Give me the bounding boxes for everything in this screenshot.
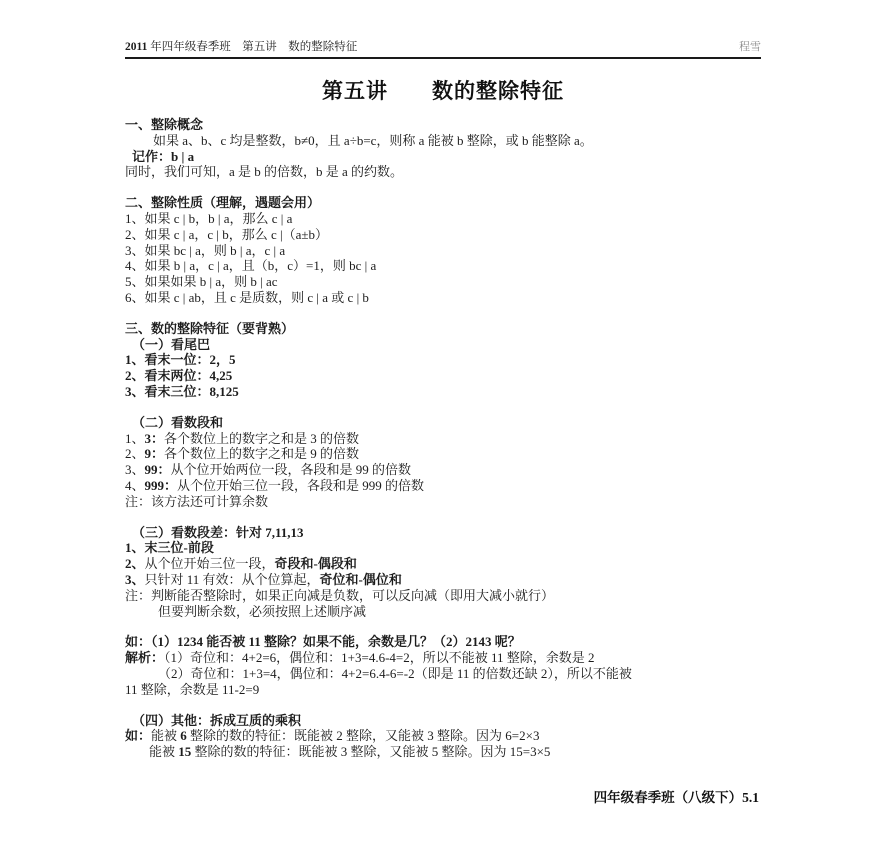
header-author-name: 程雪 <box>739 38 761 54</box>
text-line: （2）奇位和：1+3=4，偶位和：4+2=6.4-6=-2（即是 11 的倍数还… <box>125 666 761 682</box>
text-run: （1）奇位和：4+2=6，偶位和：1+3=4.6-4=2，所以不能被 11 整除… <box>164 650 595 665</box>
text-run: 1、 <box>125 431 145 446</box>
bold-text-run: 1、末三位-前段 <box>125 540 214 555</box>
text-run: 注：判断能否整除时，如果正向减是负数，可以反向减（即用大减小就行） <box>125 588 554 603</box>
document-page: 2011 年四年级春季班 第五讲 数的整除特征 程雪 第五讲 数的整除特征 一、… <box>0 0 870 842</box>
bold-text-run: （一）看尾巴 <box>132 337 210 352</box>
text-line: 2、9：各个数位上的数字之和是 9 的倍数 <box>125 446 761 462</box>
text-run: 3、如果 bc | a，则 b | a，c | a <box>125 243 285 258</box>
text-line: 二、整除性质（理解，遇题会用） <box>125 195 761 211</box>
text-run: 6、如果 c | ab，且 c 是质数，则 c | a 或 c | b <box>125 290 369 305</box>
text-line: 注：该方法还可计算余数 <box>125 494 761 510</box>
text-run: 从个位开始三位一段， <box>145 556 275 571</box>
section-divisibility-features-tails: 三、数的整除特征（要背熟）（一）看尾巴1、看末一位：2，52、看末两位：4,25… <box>125 321 761 400</box>
text-line: 4、999：从个位开始三位一段，各段和是 999 的倍数 <box>125 478 761 494</box>
text-line: 4、如果 b | a，c | a，且（b，c）=1，则 bc | a <box>125 258 761 274</box>
bold-text-run: 3、 <box>125 572 145 587</box>
text-line: 解析：（1）奇位和：4+2=6，偶位和：1+3=4.6-4=2，所以不能被 11… <box>125 650 761 666</box>
text-line: 11 整除，余数是 11-2=9 <box>125 682 761 698</box>
text-run: 整除的数的特征：既能被 2 整除，又能被 3 整除。因为 6=2×3 <box>187 728 540 743</box>
text-line: 1、末三位-前段 <box>125 540 761 556</box>
text-line: 2、如果 c | a，c | b，那么 c |（a±b） <box>125 227 761 243</box>
text-line: 3、99：从个位开始两位一段，各段和是 99 的倍数 <box>125 462 761 478</box>
bold-text-run: 15 <box>178 744 191 759</box>
text-run: 5、如果如果 b | a，则 b | ac <box>125 274 278 289</box>
text-line: 2、看末两位：4,25 <box>125 368 761 384</box>
text-line: （一）看尾巴 <box>125 337 761 353</box>
text-line: 注：判断能否整除时，如果正向减是负数，可以反向减（即用大减小就行） <box>125 588 761 604</box>
text-run: 但要判断余数，必须按照上述顺序减 <box>158 604 366 619</box>
example-1234-2143: 如：（1）1234 能否被 11 整除？如果不能，余数是几？（2）2143 呢？… <box>125 634 761 697</box>
text-line: 一、整除概念 <box>125 117 761 133</box>
text-run: 4、如果 b | a，c | a，且（b，c）=1，则 bc | a <box>125 258 376 273</box>
text-run: 整除的数的特征：既能被 3 整除，又能被 5 整除。因为 15=3×5 <box>191 744 550 759</box>
subsection-digit-segment-differences: （三）看数段差：针对 7,11,131、末三位-前段2、从个位开始三位一段，奇段… <box>125 525 761 620</box>
bold-text-run: 999： <box>145 478 178 493</box>
bold-text-run: 2、看末两位：4,25 <box>125 368 232 383</box>
text-line: 如果 a、b、c 均是整数，b≠0，且 a÷b=c，则称 a 能被 b 整除，或… <box>125 133 761 149</box>
page-header: 2011 年四年级春季班 第五讲 数的整除特征 程雪 <box>125 38 761 59</box>
text-line: 3、如果 bc | a，则 b | a，c | a <box>125 243 761 259</box>
bold-text-run: 99： <box>145 462 171 477</box>
text-run: 各个数位上的数字之和是 3 的倍数 <box>164 431 359 446</box>
bold-text-run: 3、看末三位：8,125 <box>125 384 239 399</box>
text-run: 4、 <box>125 478 145 493</box>
text-line: （二）看数段和 <box>125 415 761 431</box>
text-line: 同时，我们可知，a 是 b 的倍数，b 是 a 的约数。 <box>125 164 761 180</box>
text-run: 1、如果 c | b，b | a，那么 c | a <box>125 211 292 226</box>
text-run: 如果 a、b、c 均是整数，b≠0，且 a÷b=c，则称 a 能被 b 整除，或… <box>153 133 593 148</box>
text-run: 注：该方法还可计算余数 <box>125 494 268 509</box>
text-line: 如：能被 6 整除的数的特征：既能被 2 整除，又能被 3 整除。因为 6=2×… <box>125 728 761 744</box>
section-divisibility-concept: 一、整除概念如果 a、b、c 均是整数，b≠0，且 a÷b=c，则称 a 能被 … <box>125 117 761 180</box>
text-line: 如：（1）1234 能否被 11 整除？如果不能，余数是几？（2）2143 呢？ <box>125 634 761 650</box>
bold-text-run: 如：（1）1234 能否被 11 整除？如果不能，余数是几？（2）2143 呢？ <box>125 634 521 649</box>
text-line: 1、如果 c | b，b | a，那么 c | a <box>125 211 761 227</box>
text-line: 3、看末三位：8,125 <box>125 384 761 400</box>
bold-text-run: 2、 <box>125 556 145 571</box>
text-run: 能被 <box>151 728 180 743</box>
subsection-coprime-products: （四）其他：拆成互质的乘积如：能被 6 整除的数的特征：既能被 2 整除，又能被… <box>125 713 761 760</box>
bold-text-run: 一、整除概念 <box>125 117 203 132</box>
page-title: 第五讲 数的整除特征 <box>125 75 761 105</box>
text-line: 1、看末一位：2，5 <box>125 352 761 368</box>
text-line: 5、如果如果 b | a，则 b | ac <box>125 274 761 290</box>
bold-text-run: （二）看数段和 <box>132 415 223 430</box>
text-line: 6、如果 c | ab，且 c 是质数，则 c | a 或 c | b <box>125 290 761 306</box>
header-course-text: 年四年级春季班 第五讲 数的整除特征 <box>147 41 357 53</box>
text-run: （2）奇位和：1+3=4，偶位和：4+2=6.4-6=-2（即是 11 的倍数还… <box>158 666 632 681</box>
text-run: 同时，我们可知，a 是 b 的倍数，b 是 a 的约数。 <box>125 164 403 179</box>
text-run: 各个数位上的数字之和是 9 的倍数 <box>164 446 359 461</box>
text-run: 2、 <box>125 446 145 461</box>
bold-text-run: （四）其他：拆成互质的乘积 <box>132 713 301 728</box>
text-run: 11 整除，余数是 11-2=9 <box>125 682 259 697</box>
bold-text-run: 1、看末一位：2，5 <box>125 352 236 367</box>
text-line: （三）看数段差：针对 7,11,13 <box>125 525 761 541</box>
section-divisibility-properties: 二、整除性质（理解，遇题会用）1、如果 c | b，b | a，那么 c | a… <box>125 195 761 306</box>
text-line: 2、从个位开始三位一段，奇段和-偶段和 <box>125 556 761 572</box>
text-run: 只针对 11 有效：从个位算起， <box>145 572 320 587</box>
text-run: 3、 <box>125 462 145 477</box>
text-line: 1、3：各个数位上的数字之和是 3 的倍数 <box>125 431 761 447</box>
page-content: 2011 年四年级春季班 第五讲 数的整除特征 程雪 第五讲 数的整除特征 一、… <box>125 38 761 806</box>
bold-text-run: 解析： <box>125 650 164 665</box>
text-line: 3、只针对 11 有效：从个位算起，奇位和-偶位和 <box>125 572 761 588</box>
text-line: （四）其他：拆成互质的乘积 <box>125 713 761 729</box>
text-run: 能被 <box>149 744 178 759</box>
bold-text-run: 二、整除性质（理解，遇题会用） <box>125 195 320 210</box>
subsection-digit-segment-sums: （二）看数段和1、3：各个数位上的数字之和是 3 的倍数2、9：各个数位上的数字… <box>125 415 761 510</box>
text-line: 三、数的整除特征（要背熟） <box>125 321 761 337</box>
bold-text-run: 3： <box>145 431 165 446</box>
text-run: 从个位开始两位一段，各段和是 99 的倍数 <box>171 462 412 477</box>
bold-text-run: 如： <box>125 728 151 743</box>
bold-text-run: 记作：b | a <box>132 149 194 164</box>
page-footer: 四年级春季班（八级下）5.1 <box>125 786 761 806</box>
header-year: 2011 <box>125 41 147 53</box>
bold-text-run: 奇位和-偶位和 <box>320 572 402 587</box>
bold-text-run: 9： <box>145 446 165 461</box>
document-body: 一、整除概念如果 a、b、c 均是整数，b≠0，且 a÷b=c，则称 a 能被 … <box>125 117 761 760</box>
bold-text-run: 奇段和-偶段和 <box>275 556 357 571</box>
text-run: 2、如果 c | a，c | b，那么 c |（a±b） <box>125 227 328 242</box>
text-line: 能被 15 整除的数的特征：既能被 3 整除，又能被 5 整除。因为 15=3×… <box>125 744 761 760</box>
header-course-info: 2011 年四年级春季班 第五讲 数的整除特征 <box>125 38 357 54</box>
text-run: 从个位开始三位一段，各段和是 999 的倍数 <box>177 478 424 493</box>
bold-text-run: 三、数的整除特征（要背熟） <box>125 321 294 336</box>
bold-text-run: （三）看数段差：针对 7,11,13 <box>132 525 304 540</box>
text-line: 但要判断余数，必须按照上述顺序减 <box>125 604 761 620</box>
text-line: 记作：b | a <box>125 149 761 165</box>
